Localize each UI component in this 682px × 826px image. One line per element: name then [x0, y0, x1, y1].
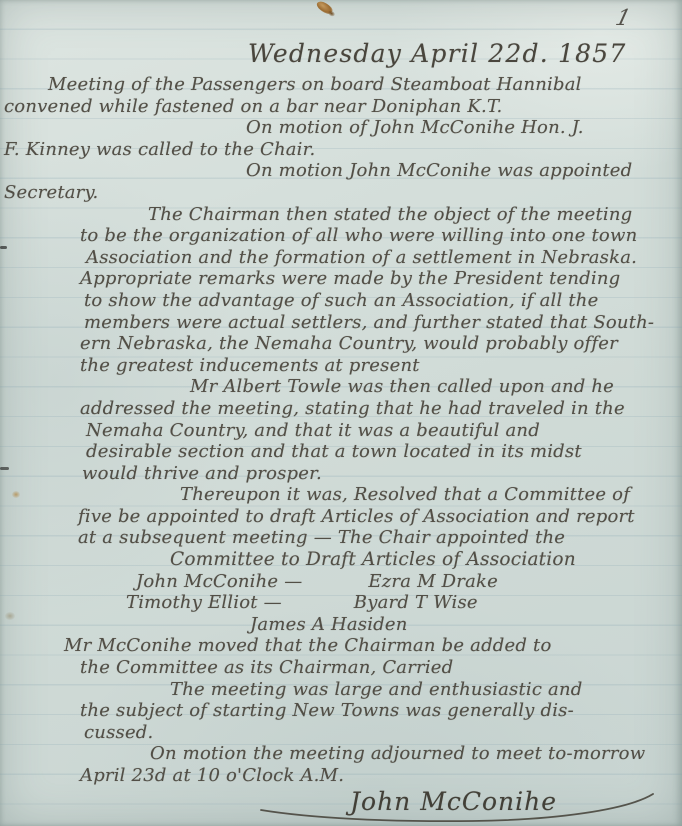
- document-line: Thereupon it was, Resolved that a Commit…: [0, 484, 682, 506]
- document-line: the Committee as its Chairman, Carried: [0, 657, 682, 679]
- document-line: Mr McConihe moved that the Chairman be a…: [0, 635, 682, 657]
- secretary-signature: John McConihe: [0, 787, 682, 819]
- document-line: to show the advantage of such an Associa…: [0, 290, 682, 312]
- manuscript-page: 1 Wednesday April 22d. 1857Meeting of th…: [0, 0, 682, 826]
- committee-name-left: John McConihe —: [136, 571, 302, 592]
- document-line: April 23d at 10 o'Clock A.M.: [0, 765, 682, 787]
- document-line: Nemaha Country, and that it was a beauti…: [0, 420, 682, 442]
- document-line: cussed.: [0, 722, 682, 744]
- document-line: convened while fastened on a bar near Do…: [0, 96, 682, 118]
- document-line: Committee to Draft Articles of Associati…: [0, 549, 682, 571]
- document-line: Timothy Elliot —Byard T Wise: [0, 592, 682, 614]
- document-line: Meeting of the Passengers on board Steam…: [0, 74, 682, 96]
- document-lines: Wednesday April 22d. 1857Meeting of the …: [0, 28, 682, 819]
- committee-name-right: Ezra M Drake: [368, 571, 498, 592]
- document-heading: Wednesday April 22d. 1857: [0, 28, 682, 74]
- document-line: the subject of starting New Towns was ge…: [0, 700, 682, 722]
- document-line: addressed the meeting, stating that he h…: [0, 398, 682, 420]
- document-line: Mr Albert Towle was then called upon and…: [0, 376, 682, 398]
- document-line: F. Kinney was called to the Chair.: [0, 139, 682, 161]
- document-line: Appropriate remarks were made by the Pre…: [0, 268, 682, 290]
- document-line: James A Hasiden: [0, 614, 682, 636]
- document-line: On motion John McConihe was appointed: [0, 160, 682, 182]
- document-line: John McConihe —Ezra M Drake: [0, 571, 682, 593]
- document-line: members were actual settlers, and furthe…: [0, 312, 682, 334]
- document-line: at a subsequent meeting — The Chair appo…: [0, 527, 682, 549]
- document-line: The meeting was large and enthusiastic a…: [0, 679, 682, 701]
- document-line: five be appointed to draft Articles of A…: [0, 506, 682, 528]
- committee-name-left: Timothy Elliot —: [126, 592, 282, 613]
- document-line: On motion of John McConihe Hon. J.: [0, 117, 682, 139]
- document-line: The Chairman then stated the object of t…: [0, 204, 682, 226]
- document-line: desirable section and that a town locate…: [0, 441, 682, 463]
- document-line: would thrive and prosper.: [0, 463, 682, 485]
- document-line: Secretary.: [0, 182, 682, 204]
- document-line: ern Nebraska, the Nemaha Country, would …: [0, 333, 682, 355]
- document-line: to be the organization of all who were w…: [0, 225, 682, 247]
- document-line: On motion the meeting adjourned to meet …: [0, 743, 682, 765]
- committee-name-right: Byard T Wise: [354, 592, 478, 613]
- ink-stain-tail: [327, 10, 336, 18]
- document-line: Association and the formation of a settl…: [0, 247, 682, 269]
- document-line: the greatest inducements at present: [0, 355, 682, 377]
